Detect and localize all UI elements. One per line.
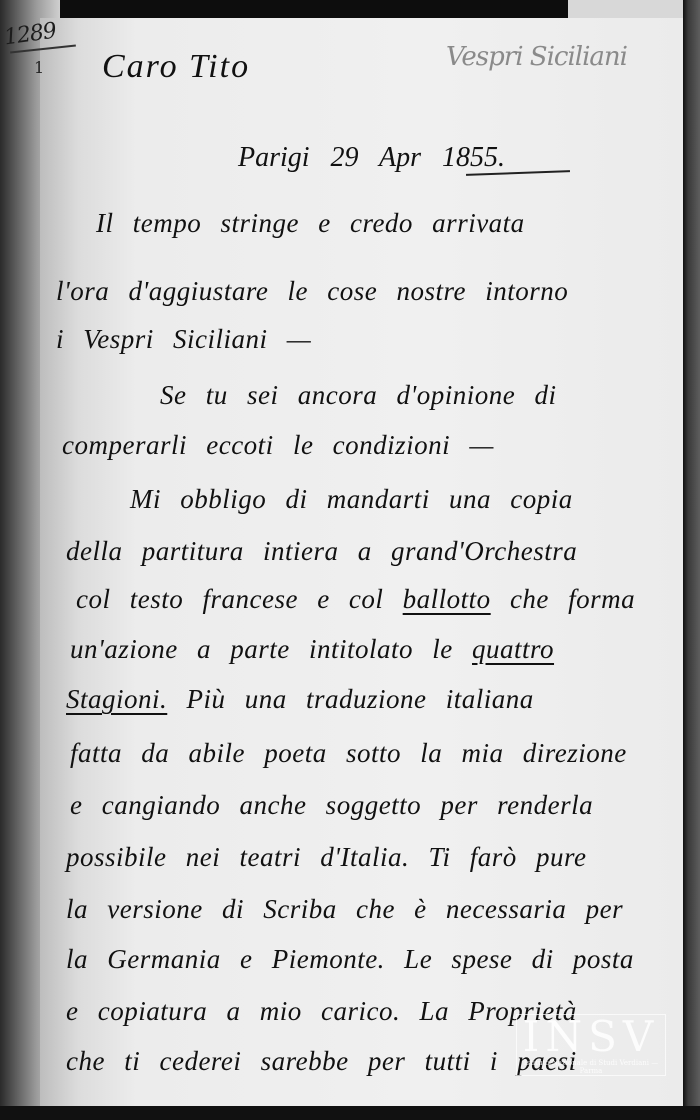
scan-top-border-light [568,0,688,20]
catalog-sub-number: 1 [34,58,44,77]
line-text: Il tempo stringe e credo arrivata [96,208,525,238]
dateline: Parigi 29 Apr 1855. [238,142,505,174]
letter-line: della partitura intiera a grand'Orchestr… [66,536,577,567]
line-text: Più una traduzione italiana [187,684,534,714]
line-text: comperarli eccoti le condizioni — [62,430,494,460]
line-text: della partitura intiera a grand'Orchestr… [66,536,577,566]
letter-line: e copiatura a mio carico. La Proprietà [66,996,577,1027]
salutation: Caro Tito [102,48,250,86]
line-text: Mi obbligo di mandarti una copia [130,484,573,514]
line-text: la Germania e Piemonte. Le spese di post… [66,944,634,974]
letter-line: possibile nei teatri d'Italia. Ti farò p… [66,842,587,873]
line-text: l'ora d'aggiustare le cose nostre intorn… [56,276,568,306]
letter-line: e cangiando anche soggetto per renderla [70,790,593,821]
line-text: possibile nei teatri d'Italia. Ti farò p… [66,842,587,872]
letter-line: Se tu sei ancora d'opinione di [160,380,556,411]
letter-line: Il tempo stringe e credo arrivata [96,208,525,239]
scan-bottom-border [0,1106,700,1120]
letter-line: la Germania e Piemonte. Le spese di post… [66,944,634,975]
scan-top-border [0,0,568,20]
line-text: Se tu sei ancora d'opinione di [160,380,556,410]
watermark-logo: INSV [517,1015,665,1059]
letter-line: che ti cederei sarebbe per tutti i paesi [66,1046,577,1077]
letter-line: un'azione a parte intitolato le quattro [70,634,554,665]
line-text: fatta da abile poeta sotto la mia direzi… [70,738,627,768]
line-text: la versione di Scriba che è necessaria p… [66,894,623,924]
letter-line: Stagioni. Più una traduzione italiana [66,684,534,715]
letter-line: la versione di Scriba che è necessaria p… [66,894,623,925]
letter-line: i Vespri Siciliani — [56,324,311,355]
institution-watermark: INSV Istituto Nazionale di Studi Verdian… [516,1014,666,1076]
letter-line: comperarli eccoti le condizioni — [62,430,494,461]
line-text: che forma [510,584,635,614]
line-text: e cangiando anche soggetto per renderla [70,790,593,820]
letter-line: col testo francese e col ballotto che fo… [76,584,635,615]
pencil-annotation: Vespri Siciliani [446,42,627,72]
scan-right-border [683,0,700,1120]
line-text: col testo francese e col [76,584,383,614]
underlined-word: Stagioni. [66,684,167,714]
line-text: un'azione a parte intitolato le [70,634,453,664]
letter-line: Mi obbligo di mandarti una copia [130,484,573,515]
letter-line: l'ora d'aggiustare le cose nostre intorn… [56,276,568,307]
underlined-word: ballotto [403,584,491,614]
letter-line: fatta da abile poeta sotto la mia direzi… [70,738,627,769]
watermark-subtitle: Istituto Nazionale di Studi Verdiani — P… [517,1059,665,1075]
line-text: che ti cederei sarebbe per tutti i paesi [66,1046,577,1076]
underlined-word: quattro [472,634,554,664]
line-text: e copiatura a mio carico. La Proprietà [66,996,577,1026]
line-text: i Vespri Siciliani — [56,324,311,354]
